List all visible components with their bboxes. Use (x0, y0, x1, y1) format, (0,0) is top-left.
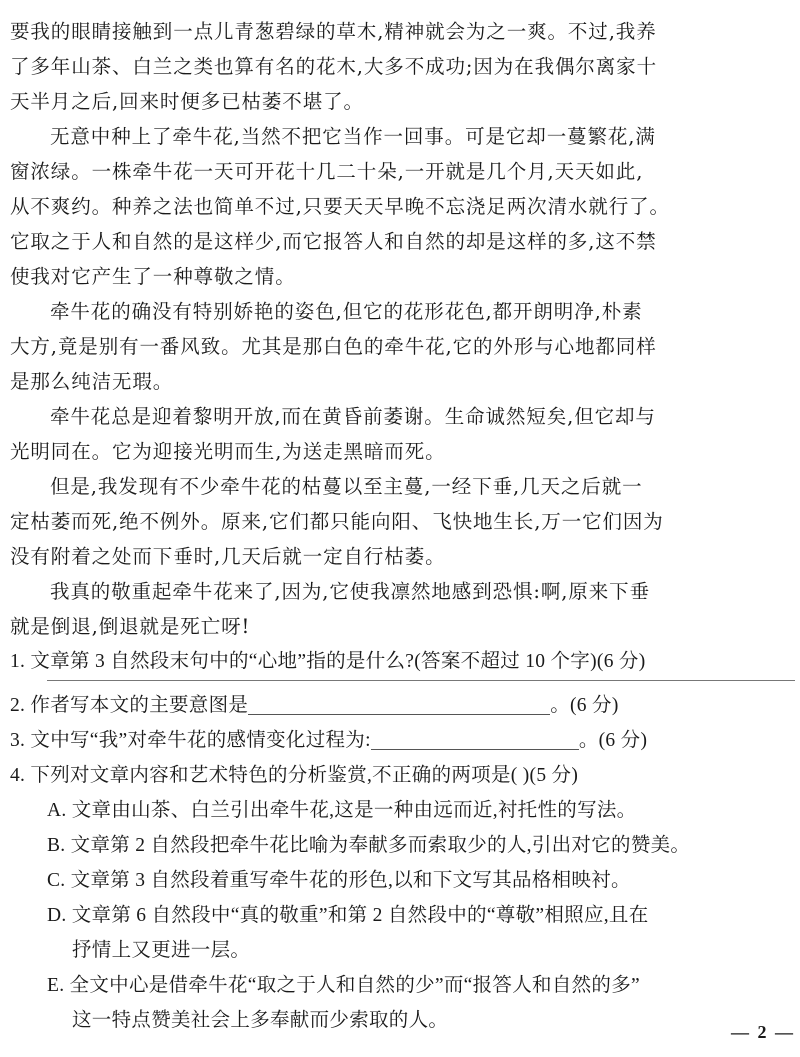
question-4: 4. 下列对文章内容和艺术特色的分析鉴赏,不正确的两项是( )(5 分) (10, 758, 578, 793)
question-1-answer-line[interactable] (47, 680, 795, 681)
question-2-answer-blank[interactable] (248, 692, 550, 715)
option-b[interactable]: B. 文章第 2 自然段把牵牛花比喻为奉献多而索取少的人,引出对它的赞美。 (10, 828, 690, 863)
passage-line: 光明同在。它为迎接光明而生,为送走黑暗而死。 (10, 434, 446, 469)
passage-line: 从不爽约。种养之法也简单不过,只要天天早晚不忘浇足两次清水就行了。 (10, 189, 670, 224)
passage-line: 大方,竟是别有一番风致。尤其是那白色的牵牛花,它的外形与心地都同样 (10, 329, 657, 364)
question-3: 3. 文中写“我”对牵牛花的感情变化过程为:。(6 分) (10, 723, 647, 758)
question-3-answer-blank[interactable] (371, 727, 579, 750)
paragraph-3-start: 牵牛花的确没有特别娇艳的姿色,但它的花形花色,都开朗明净,朴素 (10, 294, 643, 329)
option-a[interactable]: A. 文章由山茶、白兰引出牵牛花,这是一种由远而近,衬托性的写法。 (10, 793, 636, 828)
option-d-continued: 抒情上又更进一层。 (10, 933, 250, 968)
question-1: 1. 文章第 3 自然段末句中的“心地”指的是什么?(答案不超过 10 个字)(… (10, 644, 646, 679)
page-number: — 2 — (731, 1022, 795, 1043)
passage-line: 要我的眼睛接触到一点儿青葱碧绿的草木,精神就会为之一爽。不过,我养 (10, 14, 657, 49)
question-2: 2. 作者写本文的主要意图是。(6 分) (10, 688, 619, 723)
passage-line: 定枯萎而死,绝不例外。原来,它们都只能向阳、飞快地生长,万一它们因为 (10, 504, 664, 539)
passage-line: 它取之于人和自然的是这样少,而它报答人和自然的却是这样的多,这不禁 (10, 224, 657, 259)
paragraph-4-start: 牵牛花总是迎着黎明开放,而在黄昏前萎谢。生命诚然短矣,但它却与 (10, 399, 656, 434)
question-3-score: 。(6 分) (579, 730, 647, 751)
option-d[interactable]: D. 文章第 6 自然段中“真的敬重”和第 2 自然段中的“尊敬”相照应,且在 (10, 898, 649, 933)
question-2-text: 2. 作者写本文的主要意图是 (10, 695, 248, 716)
paragraph-2-start: 无意中种上了牵牛花,当然不把它当作一回事。可是它却一蔓繁花,满 (10, 119, 656, 154)
passage-line: 是那么纯洁无瑕。 (10, 364, 173, 399)
option-e-continued: 这一特点赞美社会上多奉献而少索取的人。 (10, 1003, 448, 1038)
passage-line: 没有附着之处而下垂时,几天后就一定自行枯萎。 (10, 539, 446, 574)
question-2-score: 。(6 分) (550, 695, 618, 716)
passage-line: 窗浓绿。一株牵牛花一天可开花十几二十朵,一开就是几个月,天天如此, (10, 154, 643, 189)
passage-line: 使我对它产生了一种尊敬之情。 (10, 259, 296, 294)
question-3-text: 3. 文中写“我”对牵牛花的感情变化过程为: (10, 730, 371, 751)
passage-line: 就是倒退,倒退就是死亡呀! (10, 609, 250, 644)
option-e[interactable]: E. 全文中心是借牵牛花“取之于人和自然的少”而“报答人和自然的多” (10, 968, 640, 1003)
option-c[interactable]: C. 文章第 3 自然段着重写牵牛花的形色,以和下文写其品格相映衬。 (10, 863, 631, 898)
passage-line: 天半月之后,回来时便多已枯萎不堪了。 (10, 84, 364, 119)
passage-line: 了多年山茶、白兰之类也算有名的花木,大多不成功;因为在我偶尔离家十 (10, 49, 657, 84)
paragraph-6-start: 我真的敬重起牵牛花来了,因为,它使我凛然地感到恐惧:啊,原来下垂 (10, 574, 650, 609)
paragraph-5-start: 但是,我发现有不少牵牛花的枯蔓以至主蔓,一经下垂,几天之后就一 (10, 469, 643, 504)
